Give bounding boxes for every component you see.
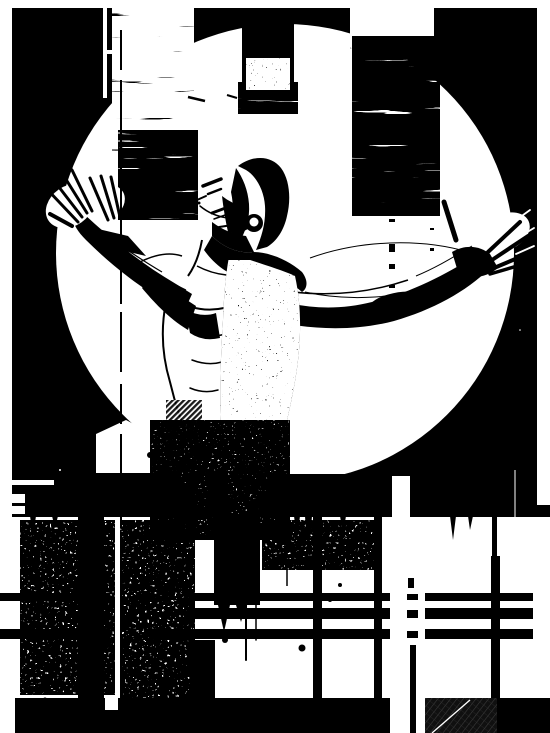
ink-blob xyxy=(147,452,153,458)
figure-nostril xyxy=(198,202,201,205)
band-notch xyxy=(12,506,25,514)
band-right-edge xyxy=(537,505,550,517)
grunge-left-fade xyxy=(118,130,198,220)
band-notch xyxy=(12,494,25,503)
white-slit xyxy=(103,8,107,98)
figure-ear-inner xyxy=(250,218,259,227)
bottom-band-right xyxy=(497,698,550,733)
gutter-dash xyxy=(407,631,418,638)
poster xyxy=(0,0,550,733)
white-tick xyxy=(107,50,118,54)
grid-stripe xyxy=(190,608,390,619)
pane-speckle xyxy=(262,520,382,570)
grid-bar-thin xyxy=(410,645,416,733)
ink-blob xyxy=(161,466,169,474)
bottom-band-left xyxy=(15,698,390,733)
bottom-band-notch xyxy=(105,698,118,710)
hatch-square-weave xyxy=(425,698,497,733)
top-column-specks xyxy=(246,58,290,90)
grid-stripe xyxy=(425,629,533,639)
band-white-slot xyxy=(392,476,410,517)
band-white-line xyxy=(12,480,54,485)
grid-bar-vertical xyxy=(491,556,500,698)
gutter-dash xyxy=(407,594,418,600)
grid-stripe xyxy=(425,608,533,619)
pane-speckle xyxy=(120,520,195,698)
pane-speckle xyxy=(20,520,115,695)
gutter-dash xyxy=(407,610,418,618)
bottom-band xyxy=(15,698,550,733)
grid-stripe xyxy=(190,593,390,601)
grid-drip xyxy=(492,517,497,559)
gutter-dash xyxy=(408,578,414,588)
grunge-right-fade xyxy=(352,36,440,216)
figure-drip-column xyxy=(214,517,260,605)
grid-stripe xyxy=(425,593,533,601)
artwork-canvas xyxy=(0,0,550,733)
